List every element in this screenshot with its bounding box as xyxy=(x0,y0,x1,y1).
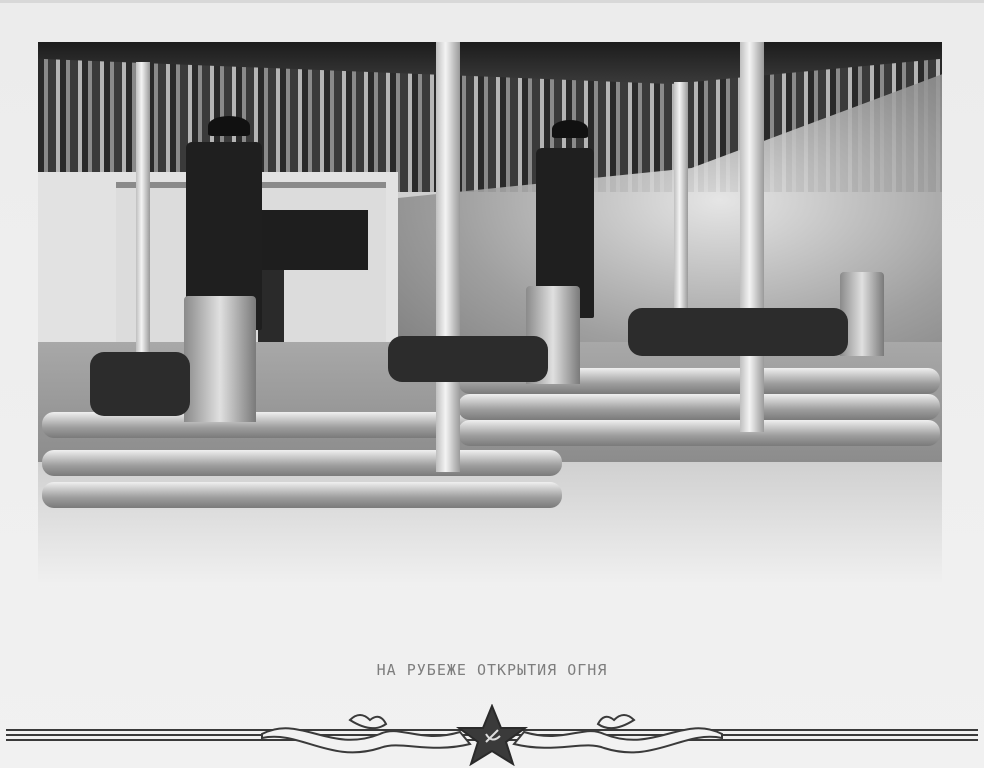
log xyxy=(458,394,940,420)
page-edge xyxy=(0,0,984,3)
shelter-post xyxy=(436,42,460,472)
prone-soldier xyxy=(388,336,548,382)
officer-cap xyxy=(208,116,250,136)
prone-soldier xyxy=(90,352,190,416)
shelter-post xyxy=(674,82,688,332)
hut-window xyxy=(258,210,368,270)
log xyxy=(42,450,562,476)
decorative-ornament xyxy=(0,704,984,766)
photo-caption: НА РУБЕЖЕ ОТКРЫТИЯ ОГНЯ xyxy=(0,661,984,679)
log xyxy=(42,482,562,508)
log xyxy=(458,420,940,446)
prone-soldier xyxy=(628,308,848,356)
officer-cap xyxy=(552,120,588,138)
red-star-hammer-sickle-icon xyxy=(459,706,525,764)
wooden-stump xyxy=(184,296,256,422)
shelter-post xyxy=(740,42,764,432)
shelter-post xyxy=(136,62,150,352)
photograph xyxy=(38,42,942,587)
album-page: НА РУБЕЖЕ ОТКРЫТИЯ ОГНЯ xyxy=(0,0,984,768)
